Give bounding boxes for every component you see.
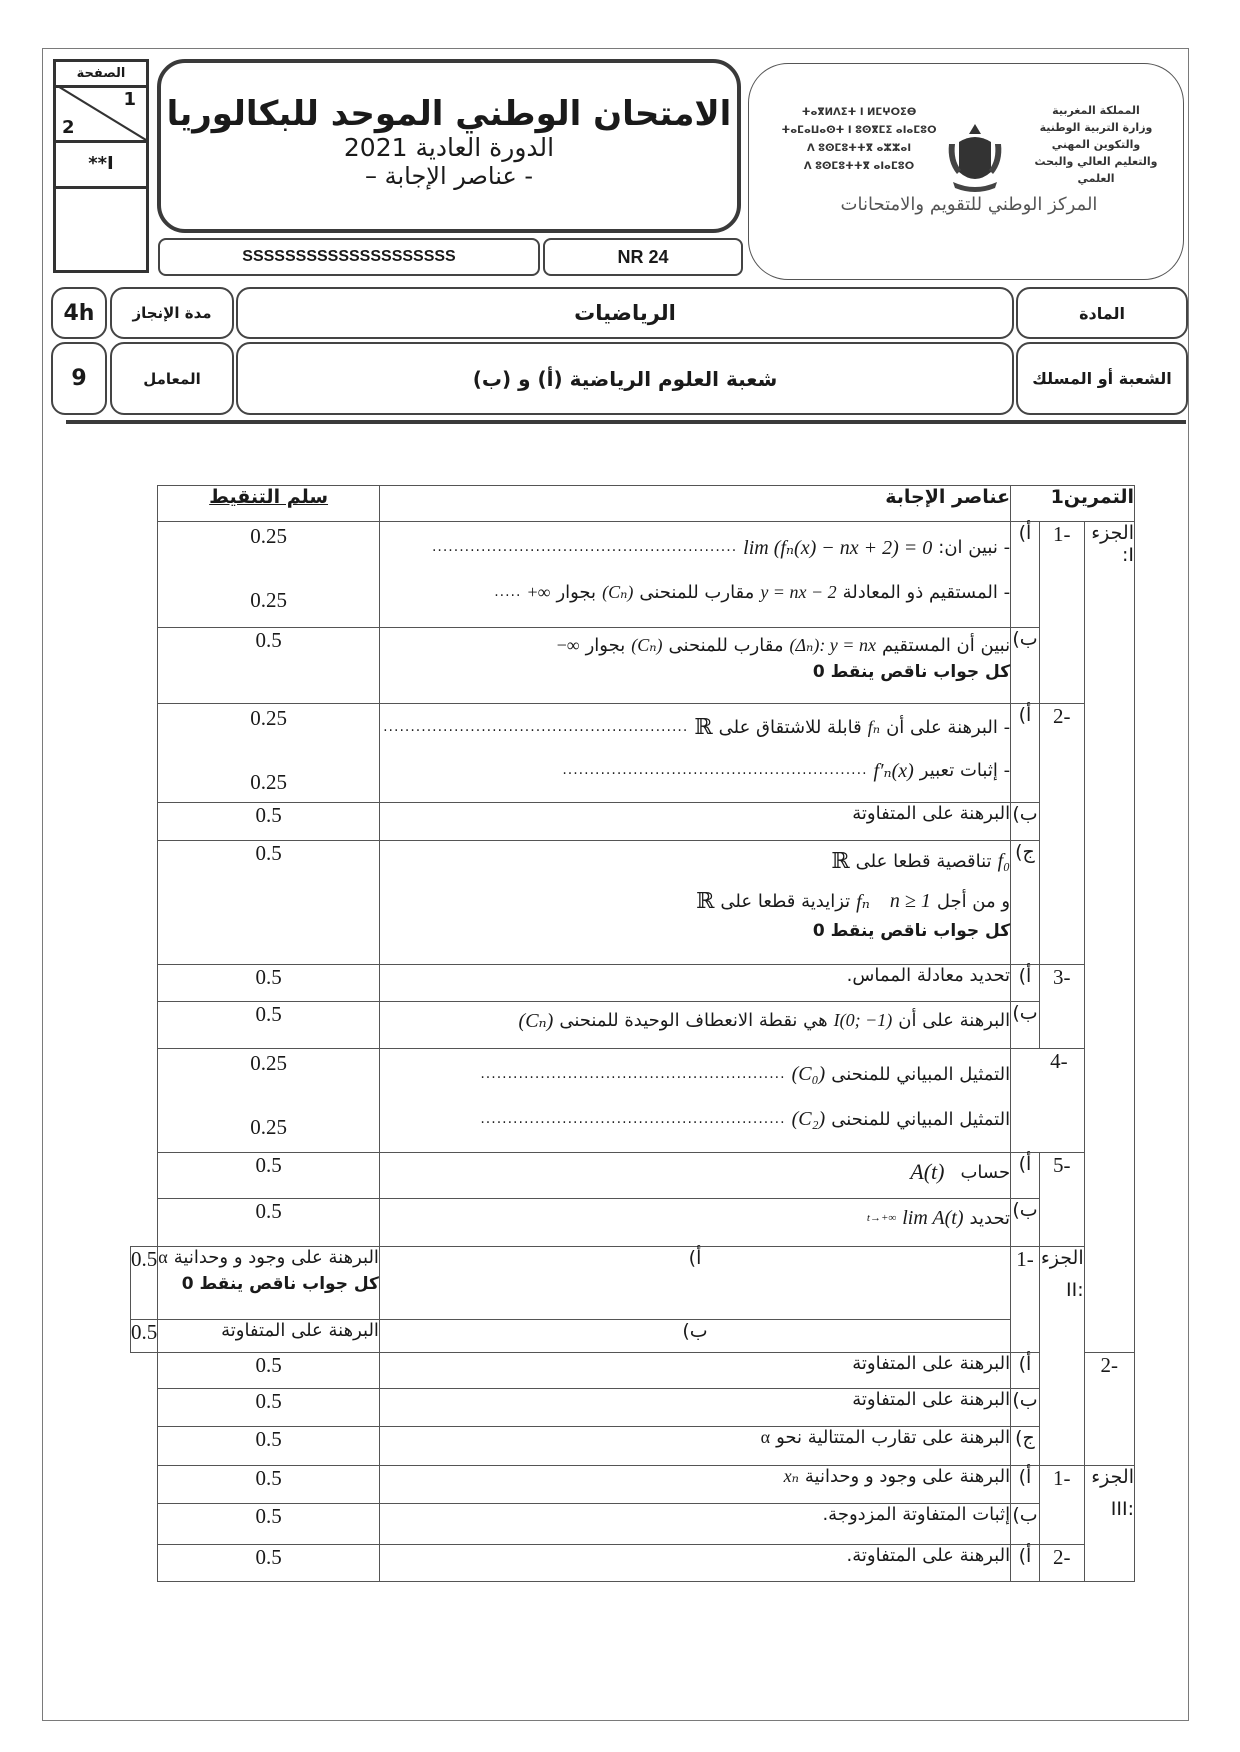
score-cell: 0.5 (131, 1247, 158, 1320)
institution-line: والتكوين المهني (1021, 136, 1171, 153)
ref-code-box: SSSSSSSSSSSSSSSSSSSS (158, 238, 540, 276)
table-row: ج) البرهنة على تقارب المتتالية نحو α 0.5 (131, 1427, 1135, 1466)
title-box: الامتحان الوطني الموحد للبكالوريا الدورة… (157, 59, 741, 233)
table-row: -3 أ) تحديد معادلة المماس. 0.5 (131, 965, 1135, 1002)
question-letter: أ) (1011, 965, 1040, 1002)
table-row: -4 التمثيل المبياني للمنحنى (C₀) .......… (131, 1049, 1135, 1153)
question-letter: ج) (1011, 841, 1040, 965)
math-expression: (C₀) (792, 1063, 826, 1086)
score-cell: 0.5 (158, 1353, 380, 1389)
answer-text: قابلة للاشتقاق على (719, 717, 862, 738)
answer-line: - المستقيم ذو المعادلة y = nx − 2 مقارب … (380, 572, 1010, 612)
answer-line: نبين أن المستقيم (Δₙ): y = nx مقارب للمن… (380, 628, 1010, 662)
page-code: **I (56, 140, 146, 189)
tifinagh-line: ⴷ ⵓⵙⵎⵓⵜⵜⴳ ⴰⵏⴰⵎⵓⵔ (779, 158, 939, 176)
answer-line: تحديد lim A(t) t→+∞ (380, 1199, 1010, 1237)
answer-line: و من أجل n ≥ 1 fₙ تزايدية قطعا على ℝ (380, 881, 1010, 921)
institution-line: وزارة التربية الوطنية (1021, 119, 1171, 136)
score-cell: 0.5 (158, 803, 380, 841)
question-letter: ب) (1011, 1002, 1040, 1049)
header-scale: سلم التنقيط (158, 486, 380, 522)
answer-text: البرهنة على وجود و وحدانية (174, 1247, 379, 1268)
duration-label: مدة الإنجاز (110, 287, 234, 339)
math-expression: −∞ (557, 635, 580, 656)
score-cell: 0.5 (158, 1002, 380, 1049)
math-expression: y = nx − 2 (760, 582, 836, 603)
score-cell: 0.5 (158, 965, 380, 1002)
math-expression: lim A(t) (902, 1207, 963, 1230)
question-number: -1 (1039, 522, 1084, 704)
institution-arabic: المملكة المغربية وزارة التربية الوطنية و… (1021, 102, 1171, 187)
score-cell: 0.5 (158, 1466, 380, 1504)
answer-cell: البرهنة على تقارب المتتالية نحو α (379, 1427, 1010, 1466)
part-label: الجزء :II (1039, 1247, 1084, 1466)
tifinagh-line: ⵜⴰⴳⵍⴷⵉⵜ ⵏ ⵍⵎⵖⵔⵉⴱ (779, 104, 939, 122)
answer-line: التمثيل المبياني للمنحنى (C₀) ..........… (380, 1049, 1010, 1099)
question-number: -5 (1039, 1153, 1084, 1247)
answer-text: البرهنة على أن (898, 1010, 1010, 1031)
table-header-row: التمرين1 عناصر الإجابة سلم التنقيط (131, 486, 1135, 522)
stream-value: شعبة العلوم الرياضية (أ) و (ب) (236, 342, 1014, 415)
question-letter: أ) (1011, 1466, 1040, 1504)
question-letter: ب) (1011, 1504, 1040, 1545)
score-cell: 0.5 (158, 1199, 380, 1247)
answer-line: - البرهنة على أن fₙ قابلة للاشتقاق على ℝ… (380, 704, 1010, 750)
dotted-leader: ........................................… (562, 762, 867, 778)
score-value: 0.25 (158, 1049, 379, 1115)
table-row: الجزء :III -1 أ) البرهنة على وجود و وحدا… (131, 1466, 1135, 1504)
question-letter: أ) (1011, 1545, 1040, 1582)
answer-cell: التمثيل المبياني للمنحنى (C₀) ..........… (379, 1049, 1010, 1153)
answer-text: - إثبات تعبير (920, 760, 1010, 781)
exam-code-box: NR 24 (543, 238, 743, 276)
institution-box: ⵜⴰⴳⵍⴷⵉⵜ ⵏ ⵍⵎⵖⵔⵉⴱ ⵜⴰⵎⴰⵡⴰⵙⵜ ⵏ ⵓⵙⴳⵎⵉ ⴰⵏⴰⵎⵓⵔ… (748, 63, 1184, 280)
math-expression: ℝ (831, 848, 849, 874)
score-cell: 0.25 0.25 (158, 522, 380, 628)
answer-text: بجوار (556, 582, 596, 603)
question-number: -2 (1084, 1353, 1134, 1466)
score-cell: 0.5 (131, 1320, 158, 1353)
answer-text: البرهنة على تقارب المتتالية نحو (776, 1427, 1010, 1448)
answer-cell: تحديد lim A(t) t→+∞ (379, 1199, 1010, 1247)
table-row: -2 أ) البرهنة على المتفاوتة 0.5 (131, 1353, 1135, 1389)
answer-cell: نبين أن المستقيم (Δₙ): y = nx مقارب للمن… (379, 628, 1010, 704)
question-number: -3 (1039, 965, 1084, 1049)
math-expression: (Cₙ) (519, 1008, 554, 1033)
answer-line: البرهنة على أن I(0; −1) هي نقطة الانعطاف… (380, 1002, 1010, 1038)
answer-cell: البرهنة على المتفاوتة (158, 1320, 380, 1353)
math-expression: ℝ (694, 714, 712, 740)
answer-line: البرهنة على وجود و وحدانية α (158, 1247, 379, 1268)
grading-note: كل جواب ناقص ينقط 0 (380, 921, 1010, 941)
score-cell: 0.5 (158, 1504, 380, 1545)
answer-text: مقارب للمنحنى (639, 582, 754, 603)
part-label: الجزء I: (1084, 522, 1134, 1353)
dotted-leader: ........................................… (383, 719, 688, 735)
answer-cell: البرهنة على المتفاوتة (379, 1353, 1010, 1389)
answer-line: - إثبات تعبير f′ₙ(x) ...................… (380, 750, 1010, 790)
math-expression: (C₂) (792, 1108, 826, 1131)
exam-title: الامتحان الوطني الموحد للبكالوريا (167, 94, 732, 134)
math-expression: xₙ (784, 1466, 799, 1487)
dotted-leader: ..... (494, 584, 521, 600)
grading-note: كل جواب ناقص ينقط 0 (158, 1274, 379, 1294)
answer-text: تحديد (970, 1208, 1011, 1229)
answer-text: هي نقطة الانعطاف الوحيدة للمنحنى (559, 1010, 827, 1031)
math-expression: f₀ (998, 850, 1011, 873)
answer-text: مقارب للمنحنى (669, 635, 784, 656)
page-fraction: 1 2 (56, 85, 146, 143)
question-letter: ج) (1011, 1427, 1040, 1466)
math-expression: n ≥ 1 (890, 890, 931, 913)
answer-text: البرهنة على وجود و وحدانية (805, 1466, 1010, 1487)
page-number-box: الصفحة 1 2 **I (53, 59, 149, 273)
grading-note: كل جواب ناقص ينقط 0 (380, 662, 1010, 682)
answer-line: البرهنة على تقارب المتتالية نحو α (380, 1427, 1010, 1448)
answer-cell: البرهنة على وجود و وحدانية α كل جواب ناق… (158, 1247, 380, 1320)
math-expression: A(t) (910, 1159, 944, 1185)
answer-cell: f₀ تناقصية قطعا على ℝ و من أجل n ≥ 1 fₙ … (379, 841, 1010, 965)
subject-label: المادة (1016, 287, 1188, 339)
table-row: ب) نبين أن المستقيم (Δₙ): y = nx مقارب ل… (131, 628, 1135, 704)
answer-line: البرهنة على وجود و وحدانية xₙ (380, 1466, 1010, 1487)
question-number: -1 (1011, 1247, 1040, 1353)
table-row: الجزء :II -1 أ) البرهنة على وجود و وحدان… (131, 1247, 1135, 1320)
question-number: -1 (1039, 1466, 1084, 1545)
part-label-line: الجزء (1040, 1247, 1084, 1269)
math-expression: (Δₙ): y = nx (789, 635, 875, 656)
table-row: -2 أ) البرهنة على المتفاوتة. 0.5 (131, 1545, 1135, 1582)
tifinagh-line: ⴷ ⵓⵙⵎⵓⵜⵜⴳ ⴰⵣⵣⴰⵏ (779, 140, 939, 158)
math-expression: +∞ (527, 582, 550, 603)
answer-cell: - نبين ان: lim (fₙ(x) − nx + 2) = 0 ....… (379, 522, 1010, 628)
header-rule (66, 420, 1186, 424)
answer-cell: إثبات المتفاوتة المزدوجة. (379, 1504, 1010, 1545)
question-letter: ب) (1011, 803, 1040, 841)
institution-center: المركز الوطني للتقويم والامتحانات (819, 194, 1119, 215)
table-row: ب) إثبات المتفاوتة المزدوجة. 0.5 (131, 1504, 1135, 1545)
table-row: ج) f₀ تناقصية قطعا على ℝ و من أجل n ≥ 1 … (131, 841, 1135, 965)
answer-text: تناقصية قطعا على (856, 851, 992, 872)
answer-text: - نبين ان: (938, 537, 1010, 558)
part-label-line: :III (1085, 1498, 1134, 1520)
table-row: ب) تحديد lim A(t) t→+∞ 0.5 (131, 1199, 1135, 1247)
answer-line: f₀ تناقصية قطعا على ℝ (380, 841, 1010, 881)
institution-line: والتعليم العالي والبحث العلمي (1021, 153, 1171, 187)
math-expression: fₙ (868, 717, 880, 738)
math-expression: lim (fₙ(x) − nx + 2) = 0 (743, 535, 932, 560)
answer-table: التمرين1 عناصر الإجابة سلم التنقيط الجزء… (130, 485, 1135, 1582)
score-value: 0.25 (158, 522, 379, 588)
dotted-leader: ........................................… (432, 539, 737, 555)
score-value: 0.25 (158, 704, 379, 770)
page-total: 2 (62, 117, 75, 138)
answer-cell: تحديد معادلة المماس. (379, 965, 1010, 1002)
table-row: الجزء I: -1 أ) - نبين ان: lim (fₙ(x) − n… (131, 522, 1135, 628)
header-exercise: التمرين1 (1011, 486, 1135, 522)
score-cell: 0.25 0.25 (158, 704, 380, 803)
answer-text: و من أجل (937, 891, 1010, 912)
question-letter: أ) (379, 1247, 1010, 1320)
math-expression: I(0; −1) (834, 1010, 893, 1031)
answer-line: التمثيل المبياني للمنحنى (C₂) ..........… (380, 1099, 1010, 1139)
question-letter: ب) (1011, 1199, 1040, 1247)
score-value: 0.25 (158, 770, 379, 795)
page-current: 1 (123, 89, 136, 110)
table-row: -5 أ) حساب A(t) 0.5 (131, 1153, 1135, 1199)
score-value: 0.25 (158, 1115, 379, 1140)
answer-cell: البرهنة على أن I(0; −1) هي نقطة الانعطاف… (379, 1002, 1010, 1049)
stream-label: الشعبة أو المسلك (1016, 342, 1188, 415)
answer-text: التمثيل المبياني للمنحنى (831, 1109, 1010, 1130)
coefficient-label: المعامل (110, 342, 234, 415)
math-expression: (Cₙ) (631, 635, 662, 656)
question-letter: ب) (379, 1320, 1010, 1353)
part-label-line: :II (1040, 1279, 1084, 1301)
answer-text: - المستقيم ذو المعادلة (843, 582, 1010, 603)
answer-text: - البرهنة على أن (886, 717, 1010, 738)
dotted-leader: ........................................… (480, 1111, 785, 1127)
answer-text: التمثيل المبياني للمنحنى (831, 1064, 1010, 1085)
score-cell: 0.5 (158, 1153, 380, 1199)
math-expression: f′ₙ(x) (874, 758, 914, 783)
question-number: -2 (1039, 1545, 1084, 1582)
coefficient-value: 9 (51, 342, 107, 415)
math-expression: α (158, 1247, 167, 1268)
institution-line: المملكة المغربية (1021, 102, 1171, 119)
table-row: ب) البرهنة على أن I(0; −1) هي نقطة الانع… (131, 1002, 1135, 1049)
answer-cell: البرهنة على المتفاوتة. (379, 1545, 1010, 1582)
table-row: ب) البرهنة على المتفاوتة 0.5 (131, 1320, 1135, 1353)
answer-cell: البرهنة على وجود و وحدانية xₙ (379, 1466, 1010, 1504)
math-subscript: t→+∞ (867, 1212, 896, 1224)
answer-text: حساب (960, 1162, 1010, 1183)
answer-line: - نبين ان: lim (fₙ(x) − nx + 2) = 0 ....… (380, 522, 1010, 572)
math-expression: (Cₙ) (602, 582, 633, 603)
score-cell: 0.5 (158, 841, 380, 965)
exam-subtitle: - عناصر الإجابة – (365, 162, 533, 190)
dotted-leader: ........................................… (480, 1066, 785, 1082)
answer-cell: البرهنة على المتفاوتة (379, 1389, 1010, 1427)
question-letter: ب) (1011, 1389, 1040, 1427)
answer-text: نبين أن المستقيم (882, 635, 1010, 656)
tifinagh-line: ⵜⴰⵎⴰⵡⴰⵙⵜ ⵏ ⵓⵙⴳⵎⵉ ⴰⵏⴰⵎⵓⵔ (779, 122, 939, 140)
math-expression: α (761, 1427, 770, 1448)
answer-text: بجوار (586, 635, 626, 656)
question-letter: أ) (1011, 1153, 1040, 1199)
answer-cell: حساب A(t) (379, 1153, 1010, 1199)
score-cell: 0.5 (158, 1389, 380, 1427)
answer-line: حساب A(t) (380, 1153, 1010, 1191)
question-letter: أ) (1011, 522, 1040, 628)
score-cell: 0.5 (158, 1427, 380, 1466)
score-cell: 0.5 (158, 1545, 380, 1582)
duration-value: 4h (51, 287, 107, 339)
question-number: -2 (1039, 704, 1084, 965)
institution-tifinagh: ⵜⴰⴳⵍⴷⵉⵜ ⵏ ⵍⵎⵖⵔⵉⴱ ⵜⴰⵎⴰⵡⴰⵙⵜ ⵏ ⵓⵙⴳⵎⵉ ⴰⵏⴰⵎⵓⵔ… (779, 104, 939, 176)
table-row: ب) البرهنة على المتفاوتة 0.5 (131, 803, 1135, 841)
subject-value: الرياضيات (236, 287, 1014, 339)
answer-cell: البرهنة على المتفاوتة (379, 803, 1010, 841)
question-letter: ب) (1011, 628, 1040, 704)
answer-text: تزايدية قطعا على (720, 891, 850, 912)
header-answers: عناصر الإجابة (379, 486, 1010, 522)
table-row: ب) البرهنة على المتفاوتة 0.5 (131, 1389, 1135, 1427)
question-number: -4 (1011, 1049, 1085, 1153)
question-letter: أ) (1011, 1353, 1040, 1389)
table-row: -2 أ) - البرهنة على أن fₙ قابلة للاشتقاق… (131, 704, 1135, 803)
score-cell: 0.25 0.25 (158, 1049, 380, 1153)
question-letter: أ) (1011, 704, 1040, 803)
score-value: 0.25 (158, 588, 379, 613)
math-expression: fₙ (856, 889, 870, 914)
part-label-line: الجزء (1085, 1466, 1134, 1488)
exam-session: الدورة العادية 2021 (344, 134, 554, 162)
math-expression: ℝ (696, 888, 714, 914)
coat-of-arms-icon (945, 122, 1005, 192)
answer-cell: - البرهنة على أن fₙ قابلة للاشتقاق على ℝ… (379, 704, 1010, 803)
part-label: الجزء :III (1084, 1466, 1134, 1582)
score-cell: 0.5 (158, 628, 380, 704)
